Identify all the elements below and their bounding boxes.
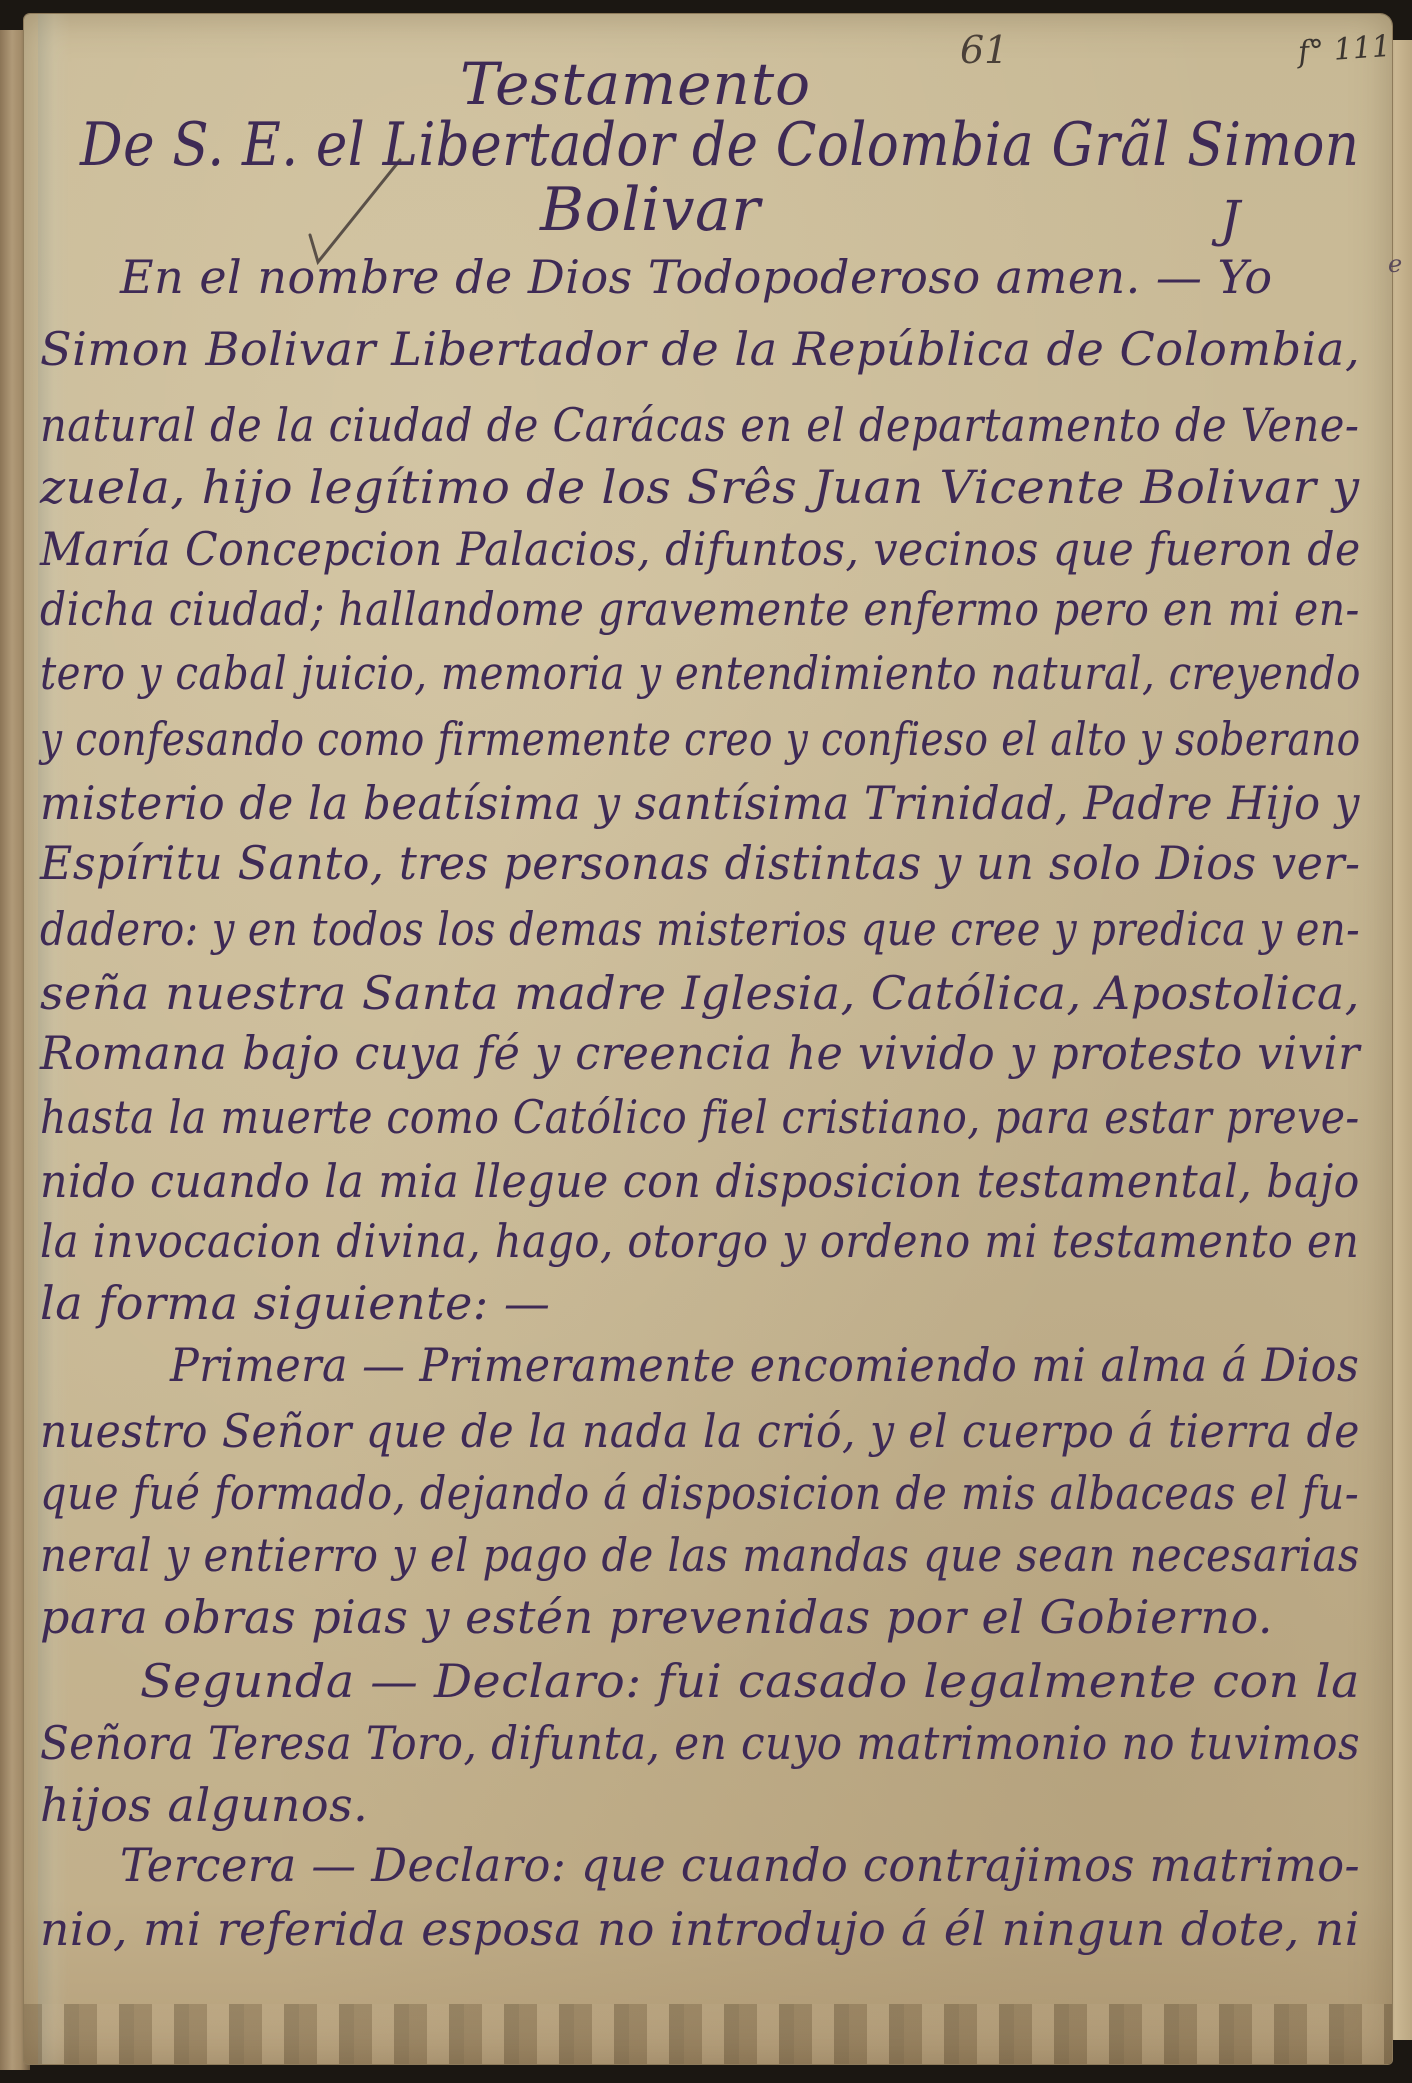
body-line: hijos algunos. [40, 1778, 368, 1832]
pencil-annotation: 61 [960, 28, 1008, 72]
body-line: María Concepcion Palacios, difuntos, vec… [40, 522, 1361, 576]
body-line: Simon Bolivar Libertador de la República… [40, 322, 1360, 376]
margin-edge-note: e [1388, 250, 1402, 278]
torn-page-bottom-edge [24, 2004, 1392, 2064]
body-line: dadero: y en todos los demas misterios q… [40, 902, 1360, 956]
document-title: Testamento [460, 50, 811, 118]
body-line: seña nuestra Santa madre Iglesia, Católi… [40, 966, 1360, 1020]
body-line: la invocacion divina, hago, otorgo y ord… [40, 1214, 1359, 1268]
body-line: la forma siguiente: — [40, 1276, 550, 1330]
document-subtitle-name: Bolivar [540, 175, 760, 245]
body-line: dicha ciudad; hallandome gravemente enfe… [40, 582, 1360, 636]
body-line: nuestro Señor que de la nada la crió, y … [40, 1404, 1360, 1458]
clause-heading-tercera: Tercera — Declaro: que cuando contrajimo… [120, 1838, 1360, 1892]
body-line: tero y cabal juicio, memoria y entendimi… [40, 646, 1361, 700]
body-line: para obras pias y estén prevenidas por e… [40, 1590, 1273, 1644]
body-line: En el nombre de Dios Todopoderoso amen. … [120, 250, 1273, 304]
clause-heading-segunda: Segunda — Declaro: fui casado legalmente… [140, 1654, 1360, 1708]
body-line: Señora Teresa Toro, difunta, en cuyo mat… [40, 1716, 1360, 1770]
body-line: zuela, hijo legítimo de los Srês Juan Vi… [40, 460, 1360, 514]
body-line: nio, mi referida esposa no introdujo á é… [40, 1902, 1360, 1956]
body-line: natural de la ciudad de Carácas en el de… [40, 398, 1359, 452]
body-line: Romana bajo cuya fé y creencia he vivido… [40, 1026, 1360, 1080]
body-line: nido cuando la mia llegue con disposicio… [40, 1154, 1360, 1208]
body-line: neral y entierro y el pago de las mandas… [40, 1528, 1360, 1582]
body-line: y confesando como firmemente creo y conf… [40, 712, 1361, 766]
body-line: hasta la muerte como Católico fiel crist… [40, 1090, 1360, 1144]
folio-number: f° 111 [1297, 29, 1392, 70]
body-line: Espíritu Santo, tres personas distintas … [40, 836, 1360, 890]
body-line: que fué formado, dejando á disposicion d… [40, 1466, 1359, 1520]
clause-heading-primera: Primera — Primeramente encomiendo mi alm… [170, 1338, 1359, 1392]
document-subtitle: De S. E. el Libertador de Colombia Grãl … [80, 110, 1359, 180]
margin-mark: J [1220, 190, 1241, 248]
body-line: misterio de la beatísima y santísima Tri… [40, 776, 1360, 830]
